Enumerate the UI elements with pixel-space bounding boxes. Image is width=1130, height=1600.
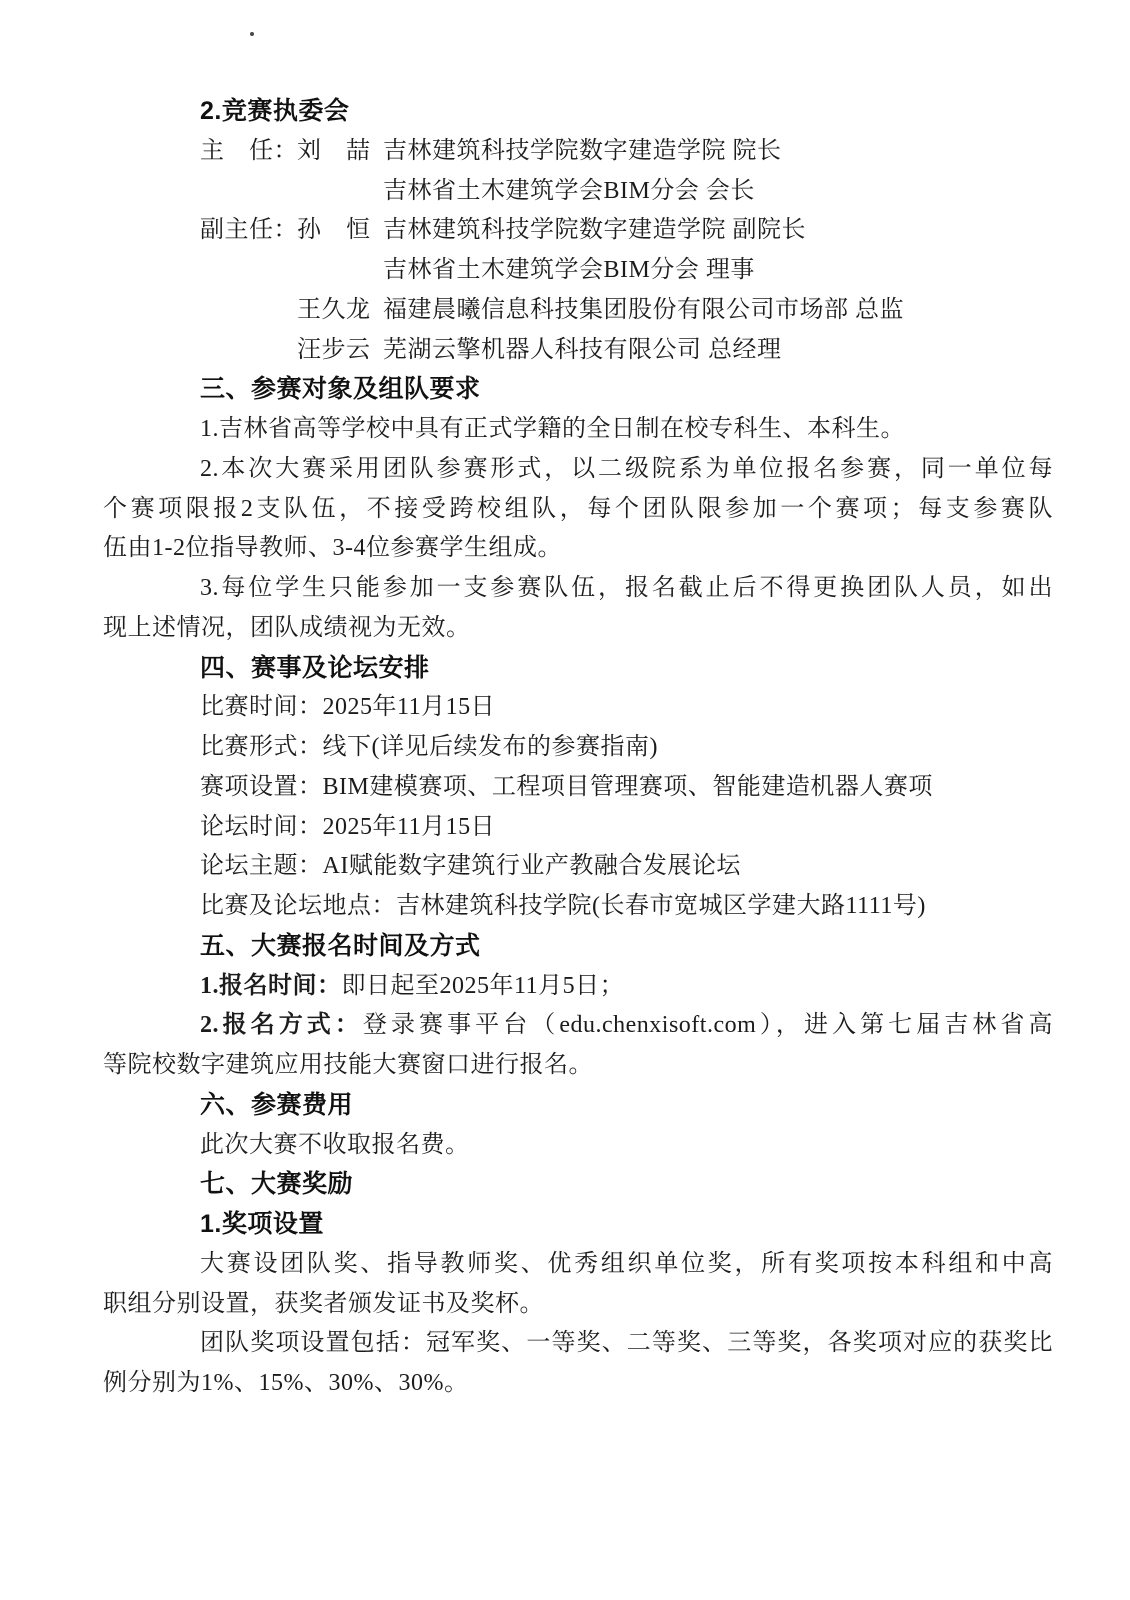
paragraph-line: 1.吉林省高等学校中具有正式学籍的全日制在校专科生、本科生。 (103, 410, 1053, 450)
paragraph-line: 比赛时间：2025年11月15日 (103, 688, 1053, 728)
committee-member-name: 刘 喆 (297, 132, 383, 172)
committee-member-name (297, 172, 383, 212)
committee-row: 吉林省土木建筑学会BIM分会 会长 (103, 172, 1053, 212)
paragraph-line: 1.报名时间：即日起至2025年11月5日； (103, 967, 1053, 1007)
committee-member-org: 吉林省土木建筑学会BIM分会 会长 (383, 172, 1053, 212)
committee-member-name (297, 251, 383, 291)
committee-row: 主 任：刘 喆吉林建筑科技学院数字建造学院 院长 (103, 132, 1053, 172)
document-page: 2.竞赛执委会主 任：刘 喆吉林建筑科技学院数字建造学院 院长吉林省土木建筑学会… (0, 0, 1130, 1600)
paragraph-line: 此次大赛不收取报名费。 (103, 1126, 1053, 1166)
paragraph-line: 现上述情况，团队成绩视为无效。 (103, 609, 1053, 649)
paragraph-line: 团队奖项设置包括：冠军奖、一等奖、二等奖、三等奖，各奖项对应的获奖比 (103, 1324, 1053, 1364)
paragraph-line: 伍由1-2位指导教师、3-4位参赛学生组成。 (103, 529, 1053, 569)
paragraph-line: 3.每位学生只能参加一支参赛队伍，报名截止后不得更换团队人员，如出 (103, 569, 1053, 609)
committee-row: 吉林省土木建筑学会BIM分会 理事 (103, 251, 1053, 291)
paragraph-line: 个赛项限报2支队伍，不接受跨校组队，每个团队限参加一个赛项；每支参赛队 (103, 490, 1053, 530)
committee-role-label (200, 331, 297, 371)
section-heading: 1.奖项设置 (103, 1205, 1053, 1245)
committee-role-label: 副主任： (200, 211, 297, 251)
committee-role-label (200, 251, 297, 291)
paragraph-line: 等院校数字建筑应用技能大赛窗口进行报名。 (103, 1046, 1053, 1086)
section-heading: 2.竞赛执委会 (103, 92, 1053, 132)
committee-role-label (200, 291, 297, 331)
paragraph-line: 比赛及论坛地点：吉林建筑科技学院(长春市宽城区学建大路1111号) (103, 887, 1053, 927)
section-heading: 六、参赛费用 (103, 1086, 1053, 1126)
document-content-column: 2.竞赛执委会主 任：刘 喆吉林建筑科技学院数字建造学院 院长吉林省土木建筑学会… (103, 92, 1053, 1404)
paragraph-line: 论坛时间：2025年11月15日 (103, 808, 1053, 848)
section-heading: 四、赛事及论坛安排 (103, 649, 1053, 689)
bold-label: 2.报名方式： (200, 1012, 363, 1038)
section-heading: 五、大赛报名时间及方式 (103, 927, 1053, 967)
paragraph-line: 2.本次大赛采用团队参赛形式，以二级院系为单位报名参赛，同一单位每 (103, 450, 1053, 490)
paragraph-text: 登录赛事平台（edu.chenxisoft.com），进入第七届吉林省高 (363, 1012, 1053, 1038)
committee-member-name: 王久龙 (297, 291, 383, 331)
committee-role-label (200, 172, 297, 212)
scan-speck-artifact (250, 32, 254, 36)
paragraph-line: 例分别为1%、15%、30%、30%。 (103, 1364, 1053, 1404)
section-heading: 七、大赛奖励 (103, 1165, 1053, 1205)
committee-row: 汪步云芜湖云擎机器人科技有限公司 总经理 (103, 331, 1053, 371)
paragraph-text: 即日起至2025年11月5日； (342, 973, 625, 999)
committee-role-label: 主 任： (200, 132, 297, 172)
committee-row: 副主任：孙 恒吉林建筑科技学院数字建造学院 副院长 (103, 211, 1053, 251)
committee-row: 王久龙福建晨曦信息科技集团股份有限公司市场部 总监 (103, 291, 1053, 331)
committee-member-name: 孙 恒 (297, 211, 383, 251)
committee-member-org: 吉林建筑科技学院数字建造学院 院长 (383, 132, 1053, 172)
paragraph-line: 论坛主题：AI赋能数字建筑行业产教融合发展论坛 (103, 847, 1053, 887)
committee-member-org: 福建晨曦信息科技集团股份有限公司市场部 总监 (383, 291, 1053, 331)
paragraph-line: 比赛形式：线下(详见后续发布的参赛指南) (103, 728, 1053, 768)
paragraph-line: 赛项设置：BIM建模赛项、工程项目管理赛项、智能建造机器人赛项 (103, 768, 1053, 808)
committee-member-org: 芜湖云擎机器人科技有限公司 总经理 (383, 331, 1053, 371)
section-heading: 三、参赛对象及组队要求 (103, 370, 1053, 410)
paragraph-line: 大赛设团队奖、指导教师奖、优秀组织单位奖，所有奖项按本科组和中高 (103, 1245, 1053, 1285)
committee-member-name: 汪步云 (297, 331, 383, 371)
paragraph-line: 2.报名方式：登录赛事平台（edu.chenxisoft.com），进入第七届吉… (103, 1006, 1053, 1046)
paragraph-line: 职组分别设置，获奖者颁发证书及奖杯。 (103, 1285, 1053, 1325)
committee-member-org: 吉林省土木建筑学会BIM分会 理事 (383, 251, 1053, 291)
committee-member-org: 吉林建筑科技学院数字建造学院 副院长 (383, 211, 1053, 251)
bold-label: 1.报名时间： (200, 973, 342, 999)
